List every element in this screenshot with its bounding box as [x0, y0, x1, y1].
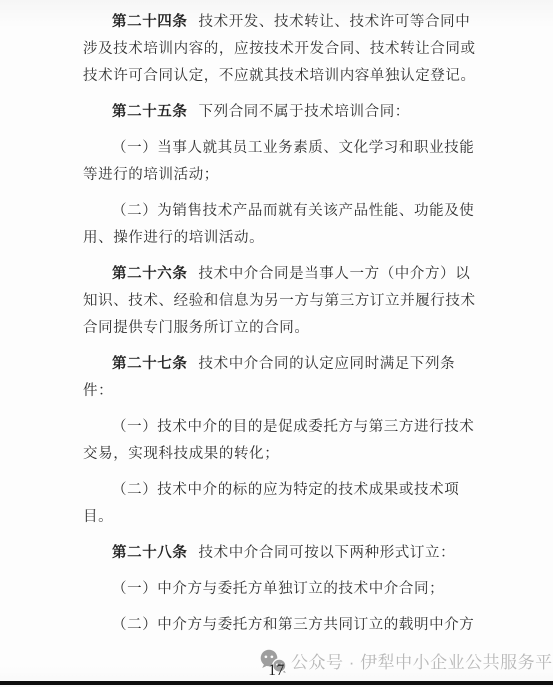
article-number: 第二十六条 [112, 266, 188, 282]
article-25-item-2: （二）为销售技术产品而就有关该产品性能、功能及使 用、操作进行的培训活动。 [83, 198, 479, 252]
document-line: 知识、技术、经验和信息为另一方与第三方订立并履行技术 [83, 288, 479, 315]
article-24-paragraph: 第二十四条技术开发、技术转让、技术许可等合同中 涉及技术培训内容的，应按技术开发… [83, 9, 479, 90]
document-line: （二）中介方与委托方和第三方共同订立的载明中介方 [83, 612, 479, 639]
document-line: （二）技术中介的标的应为特定的技术成果或技术项 [83, 477, 479, 504]
article-27-paragraph: 第二十七条技术中介合同的认定应同时满足下列条 件： [83, 351, 479, 405]
document-line: 用、操作进行的培训活动。 [83, 225, 479, 252]
document-page: 第二十四条技术开发、技术转让、技术许可等合同中 涉及技术培训内容的，应按技术开发… [0, 0, 553, 687]
article-28-item-2: （二）中介方与委托方和第三方共同订立的载明中介方 [83, 612, 479, 639]
article-28-paragraph: 第二十八条技术中介合同可按以下两种形式订立： [83, 540, 479, 567]
document-line: （一）中介方与委托方单独订立的技术中介合同； [83, 576, 479, 603]
article-text: 技术中介合同是当事人一方（中介方）以 [199, 266, 471, 282]
article-25-item-1: （一）当事人就其员工业务素质、文化学习和职业技能 等进行的培训活动； [83, 135, 479, 189]
document-body: 第二十四条技术开发、技术转让、技术许可等合同中 涉及技术培训内容的，应按技术开发… [83, 9, 479, 648]
document-line: 第二十四条技术开发、技术转让、技术许可等合同中 [83, 9, 479, 36]
article-text: 技术开发、技术转让、技术许可等合同中 [199, 14, 471, 30]
article-number: 第二十五条 [112, 104, 188, 120]
article-26-paragraph: 第二十六条技术中介合同是当事人一方（中介方）以 知识、技术、经验和信息为另一方与… [83, 261, 479, 342]
document-line: 第二十七条技术中介合同的认定应同时满足下列条 [83, 351, 479, 378]
document-line: 第二十五条下列合同不属于技术培训合同： [83, 99, 479, 126]
document-line: （一）技术中介的目的是促成委托方与第三方进行技术 [83, 414, 479, 441]
document-line: 合同提供专门服务所订立的合同。 [83, 315, 479, 342]
document-line: （一）当事人就其员工业务素质、文化学习和职业技能 [83, 135, 479, 162]
document-line: 目。 [83, 504, 479, 531]
article-number: 第二十八条 [112, 545, 188, 561]
page-number: 17 [0, 662, 553, 680]
bottom-border-bar [0, 681, 553, 685]
article-27-item-2: （二）技术中介的标的应为特定的技术成果或技术项 目。 [83, 477, 479, 531]
document-line: 交易，实现科技成果的转化； [83, 441, 479, 468]
article-number: 第二十七条 [112, 356, 188, 372]
article-text: 下列合同不属于技术培训合同： [199, 104, 410, 120]
article-text: 技术中介合同的认定应同时满足下列条 [199, 356, 456, 372]
document-line: 第二十六条技术中介合同是当事人一方（中介方）以 [83, 261, 479, 288]
document-line: 涉及技术培训内容的，应按技术开发合同、技术转让合同或 [83, 36, 479, 63]
document-line: 第二十八条技术中介合同可按以下两种形式订立： [83, 540, 479, 567]
article-number: 第二十四条 [112, 14, 188, 30]
article-27-item-1: （一）技术中介的目的是促成委托方与第三方进行技术 交易，实现科技成果的转化； [83, 414, 479, 468]
document-line: 件： [83, 378, 479, 405]
article-25-paragraph: 第二十五条下列合同不属于技术培训合同： [83, 99, 479, 126]
document-line: 技术许可合同认定，不应就其技术培训内容单独认定登记。 [83, 63, 479, 90]
article-text: 技术中介合同可按以下两种形式订立： [199, 545, 456, 561]
document-line: 等进行的培训活动； [83, 162, 479, 189]
document-line: （二）为销售技术产品而就有关该产品性能、功能及使 [83, 198, 479, 225]
article-28-item-1: （一）中介方与委托方单独订立的技术中介合同； [83, 576, 479, 603]
